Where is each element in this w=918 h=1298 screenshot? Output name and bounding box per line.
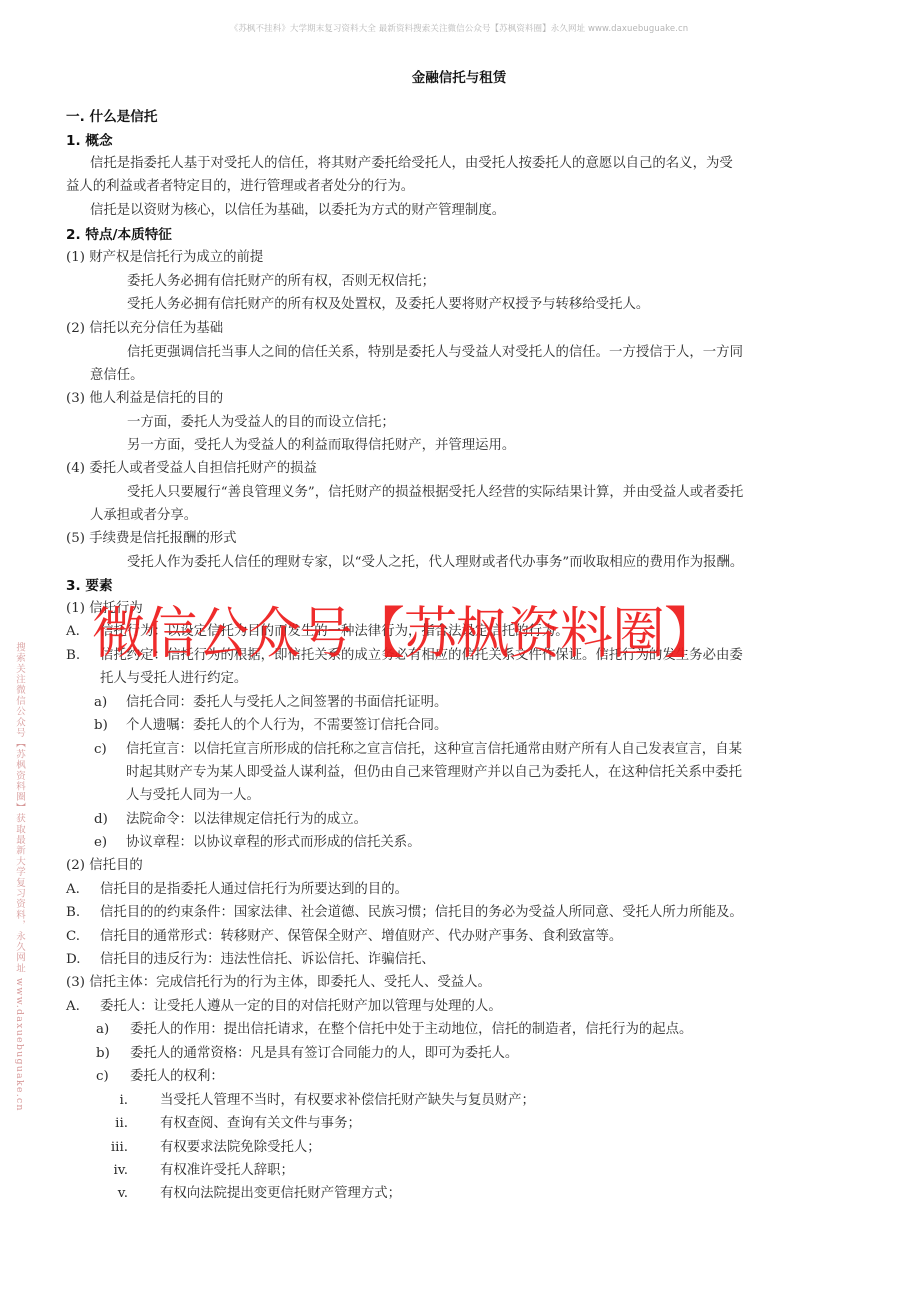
subsection-heading-concept: 1. 概念 — [66, 130, 113, 152]
list-marker: e) — [94, 832, 126, 854]
list-item: (2) 信托以充分信任为基础 — [66, 318, 223, 340]
list-item-text: 信托目的的约束条件：国家法律、社会道德、民族习惯；信托目的务必为受益人所同意、受… — [100, 905, 743, 920]
list-item: iv.有权准许受托人辞职； — [100, 1160, 294, 1182]
list-marker: b) — [96, 1043, 130, 1065]
list-item: (4) 委托人或者受益人自担信托财产的损益 — [66, 458, 317, 480]
list-marker: (5) — [66, 528, 85, 550]
list-item-title: 他人利益是信托的目的 — [89, 391, 223, 406]
list-item: B.信托约定：信托行为的根据，即信托关系的成立务必有相应的信托关系文件作保证。信… — [66, 645, 743, 667]
list-marker: d) — [94, 809, 126, 831]
paragraph: 一方面，委托人为受益人的目的而设立信托； — [127, 412, 395, 434]
list-marker: A. — [66, 621, 100, 643]
list-marker: (1) — [66, 247, 85, 269]
list-marker: b) — [94, 715, 126, 737]
list-item: B.信托目的的约束条件：国家法律、社会道德、民族习惯；信托目的务必为受益人所同意… — [66, 902, 743, 924]
list-item-text: 信托宣言：以信托宣言所形成的信托称之宣言信托，这种宣言信托通常由财产所有人自己发… — [126, 742, 742, 757]
paragraph: 受托人只要履行“善良管理义务”，信托财产的损益根据受托人经营的实际结果计算，并由… — [127, 482, 743, 504]
paragraph: 人承担或者分享。 — [90, 505, 197, 527]
paragraph: 信托更强调信托当事人之间的信任关系，特别是委托人与受益人对受托人的信任。一方授信… — [127, 342, 743, 364]
list-item-text: 信托目的违反行为：违法性信托、诉讼信托、诈骗信托、 — [100, 952, 435, 967]
subsection-heading-features: 2. 特点/本质特征 — [66, 224, 172, 246]
list-item-text: 委托人：让受托人遵从一定的目的对信托财产加以管理与处理的人。 — [100, 999, 502, 1014]
list-item: iii.有权要求法院免除受托人； — [100, 1137, 321, 1159]
sub-heading-trust-act: (1) 信托行为 — [66, 598, 143, 620]
list-marker: iv. — [100, 1160, 128, 1182]
list-item-text: 有权查阅、查询有关文件与事务； — [160, 1116, 361, 1131]
list-item-title: 手续费是信托报酬的形式 — [89, 531, 236, 546]
list-item-text: 法院命令：以法律规定信托行为的成立。 — [126, 812, 367, 827]
list-item: a)委托人的作用：提出信托请求，在整个信托中处于主动地位，信托的制造者，信托行为… — [96, 1019, 692, 1041]
list-marker: B. — [66, 902, 100, 924]
paragraph: 另一方面，受托人为受益人的利益而取得信托财产，并管理运用。 — [127, 435, 515, 457]
list-marker: (3) — [66, 388, 85, 410]
list-item-text: 协议章程：以协议章程的形式而形成的信托关系。 — [126, 835, 421, 850]
paragraph: 意信任。 — [90, 365, 144, 387]
list-marker: i. — [100, 1090, 128, 1112]
list-item-text: 个人遗嘱：委托人的个人行为，不需要签订信托合同。 — [126, 718, 447, 733]
list-marker: C. — [66, 926, 100, 948]
list-item: A.信托目的是指委托人通过信托行为所要达到的目的。 — [66, 879, 408, 901]
list-item-title: 信托以充分信任为基础 — [89, 321, 223, 336]
paragraph: 受托人务必拥有信托财产的所有权及处置权，及委托人要将财产权授予与转移给受托人。 — [127, 294, 649, 316]
list-item: d)法院命令：以法律规定信托行为的成立。 — [94, 809, 367, 831]
list-item-text: 信托目的通常形式：转移财产、保管保全财产、增值财产、代办财产事务、食利致富等。 — [100, 929, 622, 944]
paragraph: 益人的利益或者者特定目的，进行管理或者者处分的行为。 — [66, 176, 414, 198]
sub-heading-trust-purpose: (2) 信托目的 — [66, 855, 143, 877]
list-item-text: 当受托人管理不当时，有权要求补偿信托财产缺失与复员财产； — [160, 1093, 535, 1108]
side-watermark: 搜索关注微信公众号【苏枫资料圈】获取最新大学复习资料，永久网址 www.daxu… — [12, 642, 26, 1112]
list-item: b)个人遗嘱：委托人的个人行为，不需要签订信托合同。 — [94, 715, 447, 737]
list-item: A.信托行为：以设定信托为目的而发生的一种法律行为，指合法设定信托的行为。 — [66, 621, 569, 643]
list-item-text: 信托目的是指委托人通过信托行为所要达到的目的。 — [100, 882, 408, 897]
list-item: c)信托宣言：以信托宣言所形成的信托称之宣言信托，这种宣言信托通常由财产所有人自… — [94, 739, 742, 761]
list-marker: B. — [66, 645, 100, 667]
list-item: c)委托人的权利： — [96, 1066, 224, 1088]
list-item-title: 委托人或者受益人自担信托财产的损益 — [89, 461, 317, 476]
paragraph: 托人与受托人进行约定。 — [100, 668, 247, 690]
list-marker: a) — [94, 692, 126, 714]
list-item: (5) 手续费是信托报酬的形式 — [66, 528, 237, 550]
paragraph: 委托人务必拥有信托财产的所有权，否则无权信托； — [127, 271, 435, 293]
list-item-text: 有权向法院提出变更信托财产管理方式； — [160, 1186, 401, 1201]
list-item-title: 财产权是信托行为成立的前提 — [89, 250, 263, 265]
list-item: v.有权向法院提出变更信托财产管理方式； — [100, 1183, 401, 1205]
paragraph: 时起其财产专为某人即受益人谋利益，但仍由自己来管理财产并以自己为委托人，在这种信… — [126, 762, 742, 784]
list-marker: c) — [96, 1066, 130, 1088]
paragraph: 信托是指委托人基于对受托人的信任，将其财产委托给受托人，由受托人按委托人的意愿以… — [90, 153, 733, 175]
list-marker: (2) — [66, 318, 85, 340]
list-marker: (4) — [66, 458, 85, 480]
list-item-text: 委托人的作用：提出信托请求，在整个信托中处于主动地位，信托的制造者，信托行为的起… — [130, 1022, 692, 1037]
header-watermark: 《苏枫不挂科》大学期末复习资料大全 最新资料搜索关注微信公众号【苏枫资料圈】永久… — [0, 22, 918, 34]
list-item-text: 信托约定：信托行为的根据，即信托关系的成立务必有相应的信托关系文件作保证。信托行… — [100, 648, 743, 663]
sub-heading-trust-subject: (3) 信托主体：完成信托行为的行为主体，即委托人、受托人、受益人。 — [66, 972, 491, 994]
list-marker: A. — [66, 879, 100, 901]
list-marker: ii. — [100, 1113, 128, 1135]
list-marker: A. — [66, 996, 100, 1018]
list-marker: v. — [100, 1183, 128, 1205]
list-item: ii.有权查阅、查询有关文件与事务； — [100, 1113, 361, 1135]
list-item: b)委托人的通常资格：凡是具有签订合同能力的人，即可为委托人。 — [96, 1043, 518, 1065]
list-item-text: 信托行为：以设定信托为目的而发生的一种法律行为，指合法设定信托的行为。 — [100, 624, 569, 639]
list-marker: a) — [96, 1019, 130, 1041]
list-marker: iii. — [100, 1137, 128, 1159]
list-marker: c) — [94, 739, 126, 761]
section-heading: 一. 什么是信托 — [66, 106, 157, 128]
list-item: a)信托合同：委托人与受托人之间签署的书面信托证明。 — [94, 692, 447, 714]
list-item-text: 有权准许受托人辞职； — [160, 1163, 294, 1178]
paragraph: 信托是以资财为核心，以信任为基础，以委托为方式的财产管理制度。 — [90, 200, 505, 222]
subsection-heading-elements: 3. 要素 — [66, 575, 113, 597]
list-item-text: 信托合同：委托人与受托人之间签署的书面信托证明。 — [126, 695, 447, 710]
list-item: D.信托目的违反行为：违法性信托、诉讼信托、诈骗信托、 — [66, 949, 435, 971]
paragraph: 受托人作为委托人信任的理财专家，以“受人之托，代人理财或者代办事务”而收取相应的… — [127, 552, 743, 574]
list-marker: D. — [66, 949, 100, 971]
list-item: i.当受托人管理不当时，有权要求补偿信托财产缺失与复员财产； — [100, 1090, 535, 1112]
list-item: (1) 财产权是信托行为成立的前提 — [66, 247, 263, 269]
list-item: C.信托目的通常形式：转移财产、保管保全财产、增值财产、代办财产事务、食利致富等… — [66, 926, 622, 948]
list-item: (3) 他人利益是信托的目的 — [66, 388, 223, 410]
paragraph: 人与受托人同为一人。 — [126, 785, 260, 807]
list-item: A.委托人：让受托人遵从一定的目的对信托财产加以管理与处理的人。 — [66, 996, 502, 1018]
document-title: 金融信托与租赁 — [0, 66, 918, 86]
list-item-text: 有权要求法院免除受托人； — [160, 1140, 321, 1155]
list-item-text: 委托人的权利： — [130, 1069, 224, 1084]
list-item-text: 委托人的通常资格：凡是具有签订合同能力的人，即可为委托人。 — [130, 1046, 518, 1061]
list-item: e)协议章程：以协议章程的形式而形成的信托关系。 — [94, 832, 421, 854]
